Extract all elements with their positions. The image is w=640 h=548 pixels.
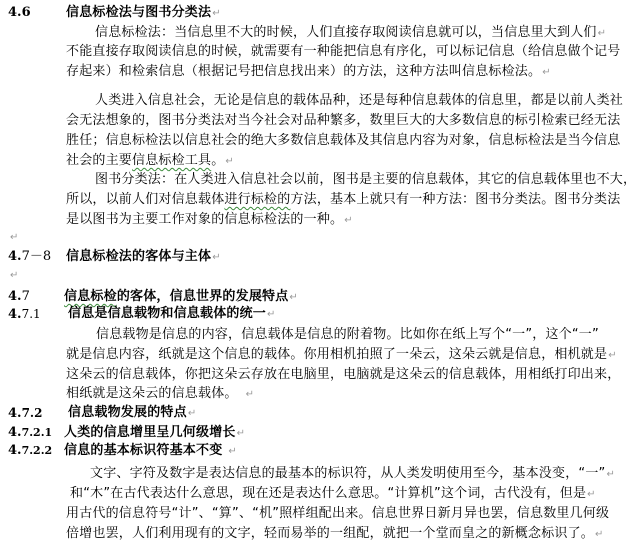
paragraph-mark-icon: ↵ [542, 67, 551, 78]
paragraph-line: 所以，以前人们对信息载体进行标检的方法，基本上就只有一种方法：图书分类法。图书分… [66, 191, 620, 209]
section-title-4-7-2-1: 人类的信息增里呈几何级增长↵ [64, 424, 245, 443]
section-title-4-7-1: 信息是信息载物和信息载体的统一↵ [68, 305, 276, 324]
paragraph-mark-icon: ↵ [344, 215, 353, 226]
spellcheck-underline-text[interactable]: 信息标检工具 [132, 153, 211, 168]
paragraph-line: 图书分类法：在人类进入信息社会以前，图书是主要的信息载体，其它的信息载体里也不大… [95, 171, 636, 189]
paragraph-mark-icon: ↵ [212, 252, 221, 263]
paragraph-mark-icon: ↵ [608, 350, 617, 361]
paragraph-mark-icon: ↵ [587, 489, 596, 500]
paragraph-line: 存起来）和检索信息（根据记号把信息找出来）的方法，这种方法叫信息标检法。↵ [66, 63, 551, 82]
paragraph-mark-icon: ↵ [595, 529, 604, 540]
spellcheck-underline-text[interactable]: 进行标检的 [224, 192, 290, 207]
paragraph-line: 相纸就是这朵云的信息载体。↵ [66, 385, 254, 404]
paragraph-line: 不能直接存取阅读信息的时候，就需要有一种能把信息有序化，可以标记信息（给信息做个… [66, 43, 620, 61]
paragraph-line: 胜任；信息标检法以信息社会的绝大多数信息载体及其信息内容为对象，信息标检法是当今… [66, 132, 620, 150]
paragraph-line: 社会的主要信息标检工具。↵ [66, 152, 234, 171]
section-title-4-7-2: 信息载物发展的特点↵ [68, 404, 196, 423]
paragraph-line: 会无法想象的，图书分类法对当今社会对品种繁多，数里巨大的大多数信息的标引检索已经… [66, 112, 620, 130]
section-title-4-7-2-2: 信息的基本标识符基本不变↵ [64, 442, 237, 461]
paragraph-mark-icon: ↵ [598, 28, 607, 39]
paragraph-line: 文字、字符及数字是表达信息的最基本的标识符，从人类发明使用至今，基本没变，“一”… [90, 465, 615, 484]
paragraph-line: 倍增也罢，人们利用现有的文字，轻而易举的一组配，就把一个堂而皇之的新概念标识了。… [66, 525, 604, 544]
paragraph-line: 用古代的信息符号“计”、“算”、“机”照样组配出来。信息世界日新月异也罢，信息数… [66, 505, 609, 523]
paragraph-line: 就是信息内容，纸就是这个信息的载体。你用相机拍照了一朵云，这朵云就是信息，相机就… [66, 346, 617, 365]
paragraph-line: 是以图书为主要工作对象的信息标检法的一种。↵ [66, 211, 353, 230]
section-title-4-7-8: 信息标检法的客体与主体↵ [66, 248, 221, 267]
paragraph-mark-icon: ↵ [289, 292, 298, 303]
section-number-4-7-2: 4.7.2 [8, 404, 42, 423]
paragraph-mark-icon: ↵ [246, 389, 255, 400]
spellcheck-underline-text[interactable]: 信息标检 [64, 289, 117, 304]
section-number-4-7-2-2: 4.7.2.2 [8, 442, 52, 460]
paragraph-mark-icon: ↵ [10, 229, 18, 247]
paragraph-line: 和“木”在古代表达什么意思，现在还是表达什么意思。“计算机”这个词，古代没有，但… [70, 485, 596, 504]
heading-text: 信息标检法与图书分类法 [66, 5, 211, 20]
paragraph-mark-icon: ↵ [228, 446, 237, 457]
paragraph-mark-icon: ↵ [212, 8, 221, 19]
section-number-4-7-2-1: 4.7.2.1 [8, 424, 52, 442]
section-number-4-6: 4.6 [8, 4, 31, 22]
section-number-4-7-1: 4.7.1 [8, 305, 41, 324]
section-number-4-7: 4.7 [8, 288, 30, 306]
paragraph-mark-icon: ↵ [237, 428, 246, 439]
section-title-4-6: 信息标检法与图书分类法↵ [66, 4, 221, 23]
paragraph-line: 信息标检法：当信息里不大的时候，人们直接存取阅读信息就可以，当信息里大到人们↵ [95, 24, 606, 43]
paragraph-mark-icon: ↵ [188, 408, 197, 419]
paragraph-mark-icon: ↵ [225, 156, 234, 167]
paragraph-line: 信息载物是信息的内容，信息载体是信息的附着物。比如你在纸上写个“一”，这个“一” [96, 326, 599, 344]
section-number-4-7-8: 4.7－8 [8, 248, 51, 266]
paragraph-line: 人类进入信息社会，无论是信息的载体品种，还是每种信息载体的信息里，都是以前人类社 [95, 92, 623, 110]
paragraph-line: 这朵云的信息载体，你把这朵云存放在电脑里，电脑就是这朵云的信息载体，用相纸打印出… [66, 366, 620, 384]
paragraph-mark-icon: ↵ [267, 309, 276, 320]
paragraph-mark-icon: ↵ [10, 267, 18, 285]
paragraph-mark-icon: ↵ [606, 469, 615, 480]
